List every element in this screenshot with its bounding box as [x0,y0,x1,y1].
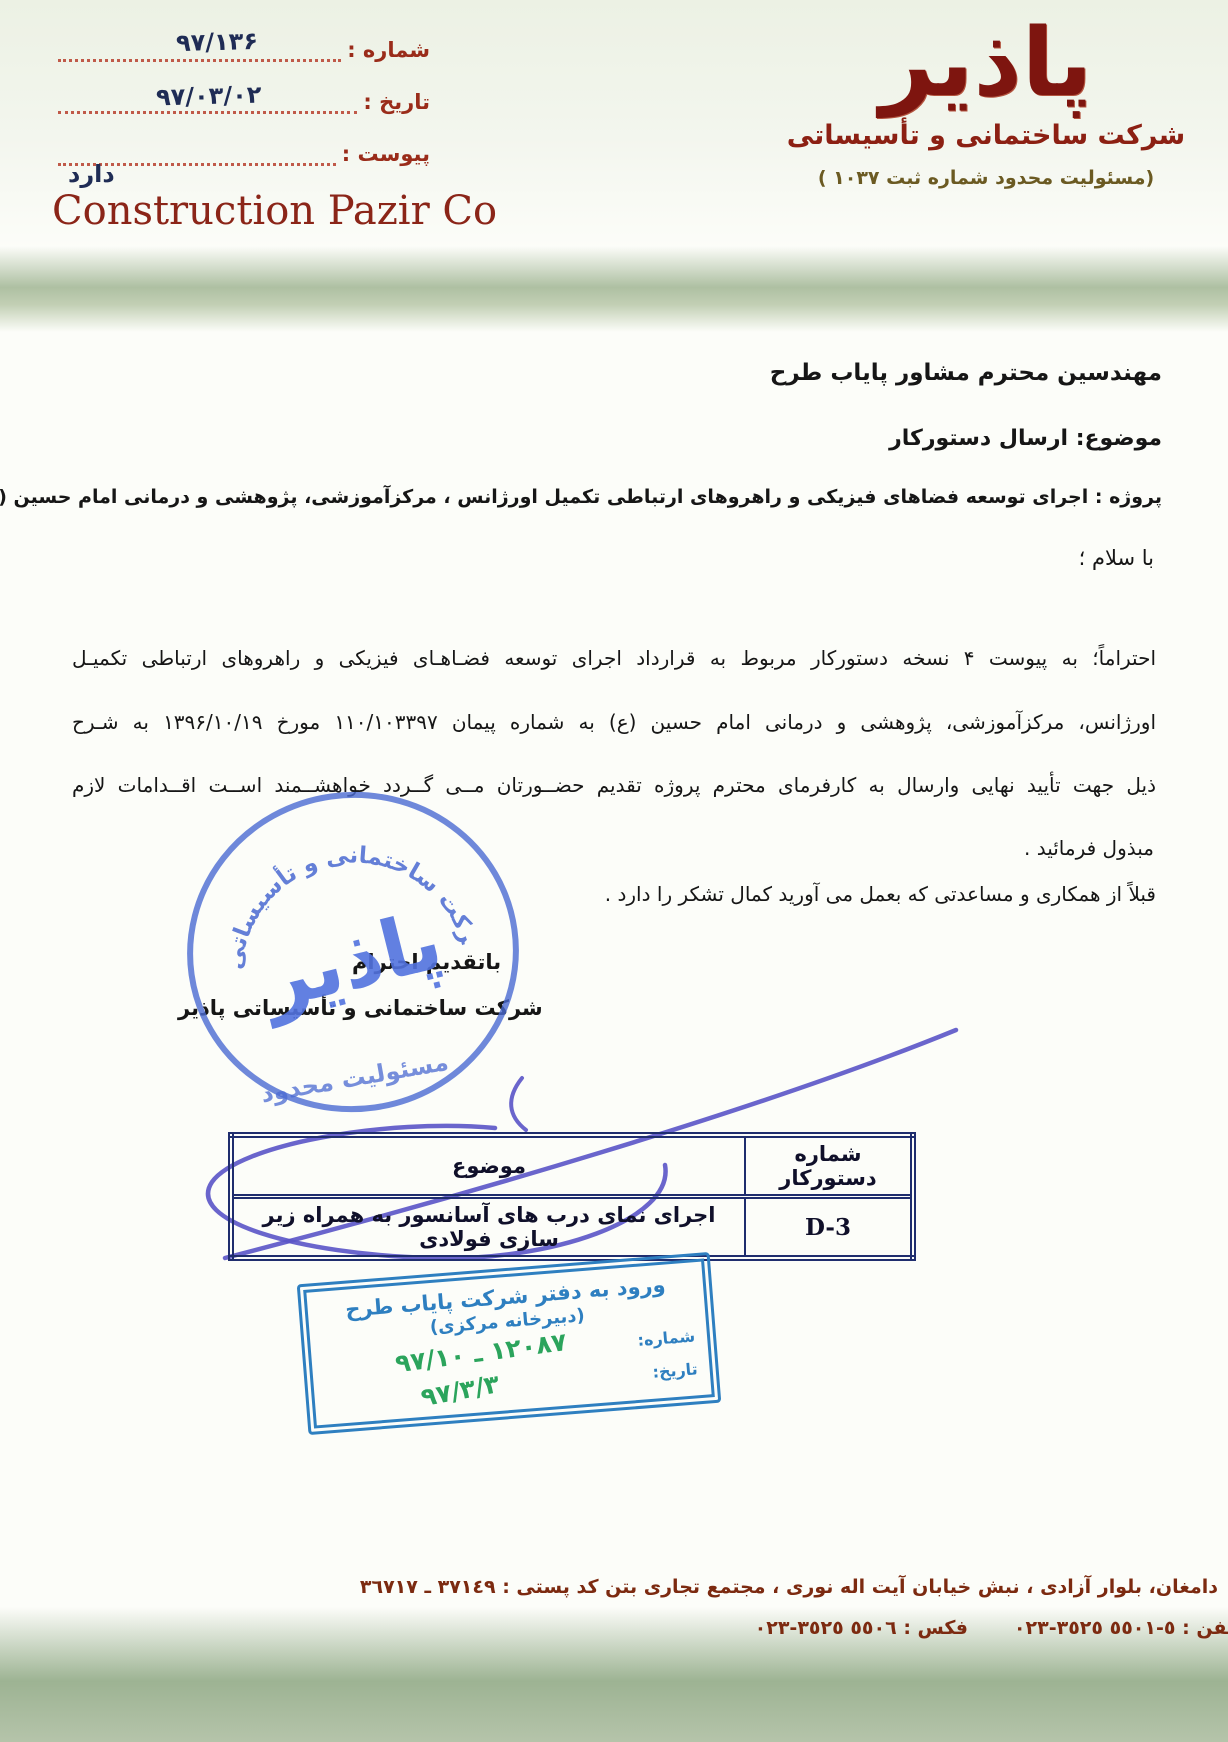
header-green-band [0,246,1228,332]
closing-company-line: شرکت ساختمانی و تأسیساتی پاذیر [178,996,543,1020]
order-number-header: شماره دستورکار [745,1135,913,1197]
footer-fax: فکس : ٥٥٠٦ ٣٥٢٥-٠٢٣ [755,1617,968,1639]
reference-number-label: شماره : [341,38,430,62]
footer-phone-fax-line: تلفن : ٥-٥٥٠١ ٣٥٢٥-٠٢٣ فکس : ٥٥٠٦ ٣٥٢٥-٠… [755,1617,1228,1639]
body-line-4: مبذول فرمائید . [1024,836,1154,860]
salutation-line: با سلام ؛ [1079,546,1154,570]
reference-number-row: شماره : ۹۷/۱۳۶ [58,32,430,84]
letterhead-brand: پاذیر شرکت ساختمانی و تأسیساتی (مسئولیت … [768,10,1204,189]
company-registration: (مسئولیت محدود شماره ثبت ۱۰۳۷ ) [768,167,1204,189]
body-line-2: اورژانس، مرکزآموزشی، پژوهشی و درمانی اما… [72,710,1156,734]
reference-number-value: ۹۷/۱۳۶ [176,27,259,57]
table-header-row: شماره دستورکار موضوع [231,1135,913,1197]
receipt-date-label: تاریخ: [652,1359,699,1381]
work-order-table: شماره دستورکار موضوع D-3 اجرای نمای درب … [228,1132,916,1261]
company-logo-fa: پاذیر [768,10,1204,118]
body-line-1: احتراماً؛ به پیوست ۴ نسخه دستورکار مربوط… [72,646,1156,670]
reference-date-row: تاریخ : ۹۷/۰۳/۰۲ [58,84,430,136]
scanned-letter-page: شماره : ۹۷/۱۳۶ تاریخ : ۹۷/۰۳/۰۲ پیوست : … [0,0,1228,1742]
attachment-row: پیوست : دارد [58,136,430,188]
receipt-number-label: شماره: [637,1326,696,1349]
company-name-en: Construction Pazir Co [52,188,497,234]
attachment-value: دارد [68,160,115,188]
company-name-fa: شرکت ساختمانی و تأسیساتی [768,120,1204,151]
footer-address: دامغان، بلوار آزادی ، نبش خیابان آیت اله… [360,1576,1218,1598]
thanks-line: قبلاً از همکاری و مساعدتی که بعمل می آور… [605,882,1156,906]
reference-block: شماره : ۹۷/۱۳۶ تاریخ : ۹۷/۰۳/۰۲ پیوست : … [58,32,430,188]
project-line: پروژه : اجرای توسعه فضاهای فیزیکی و راهر… [0,486,1162,508]
attachment-label: پیوست : [336,142,430,166]
footer-phone: تلفن : ٥-٥٥٠١ ٣٥٢٥-٠٢٣ [1014,1617,1228,1639]
recipient-line: مهندسین محترم مشاور پایاب طرح [770,360,1162,386]
reference-date-label: تاریخ : [357,90,430,114]
subject-cell: اجرای نمای درب های آسانسور به همراه زیر … [231,1197,745,1259]
subject-line: موضوع: ارسال دستورکار [889,426,1162,451]
reference-date-value: ۹۷/۰۳/۰۲ [156,81,262,112]
seal-bottom-text: مسئولیت محدود [259,1048,451,1109]
closing-respect-line: باتقدیم احترام [352,950,501,974]
subject-header: موضوع [231,1135,745,1197]
order-number-cell: D-3 [745,1197,913,1259]
body-line-3: ذیل جهت تأیید نهایی وارسال به کارفرمای م… [72,773,1156,797]
seal-arc-text: شرکت ساختمانی و تأسیساتی [150,780,481,971]
table-row: D-3 اجرای نمای درب های آسانسور به همراه … [231,1197,913,1259]
signature-flick-stroke-icon [511,1078,526,1130]
receipt-stamp: ورود به دفتر شرکت پایاب طرح (دبیرخانه مر… [297,1252,722,1435]
